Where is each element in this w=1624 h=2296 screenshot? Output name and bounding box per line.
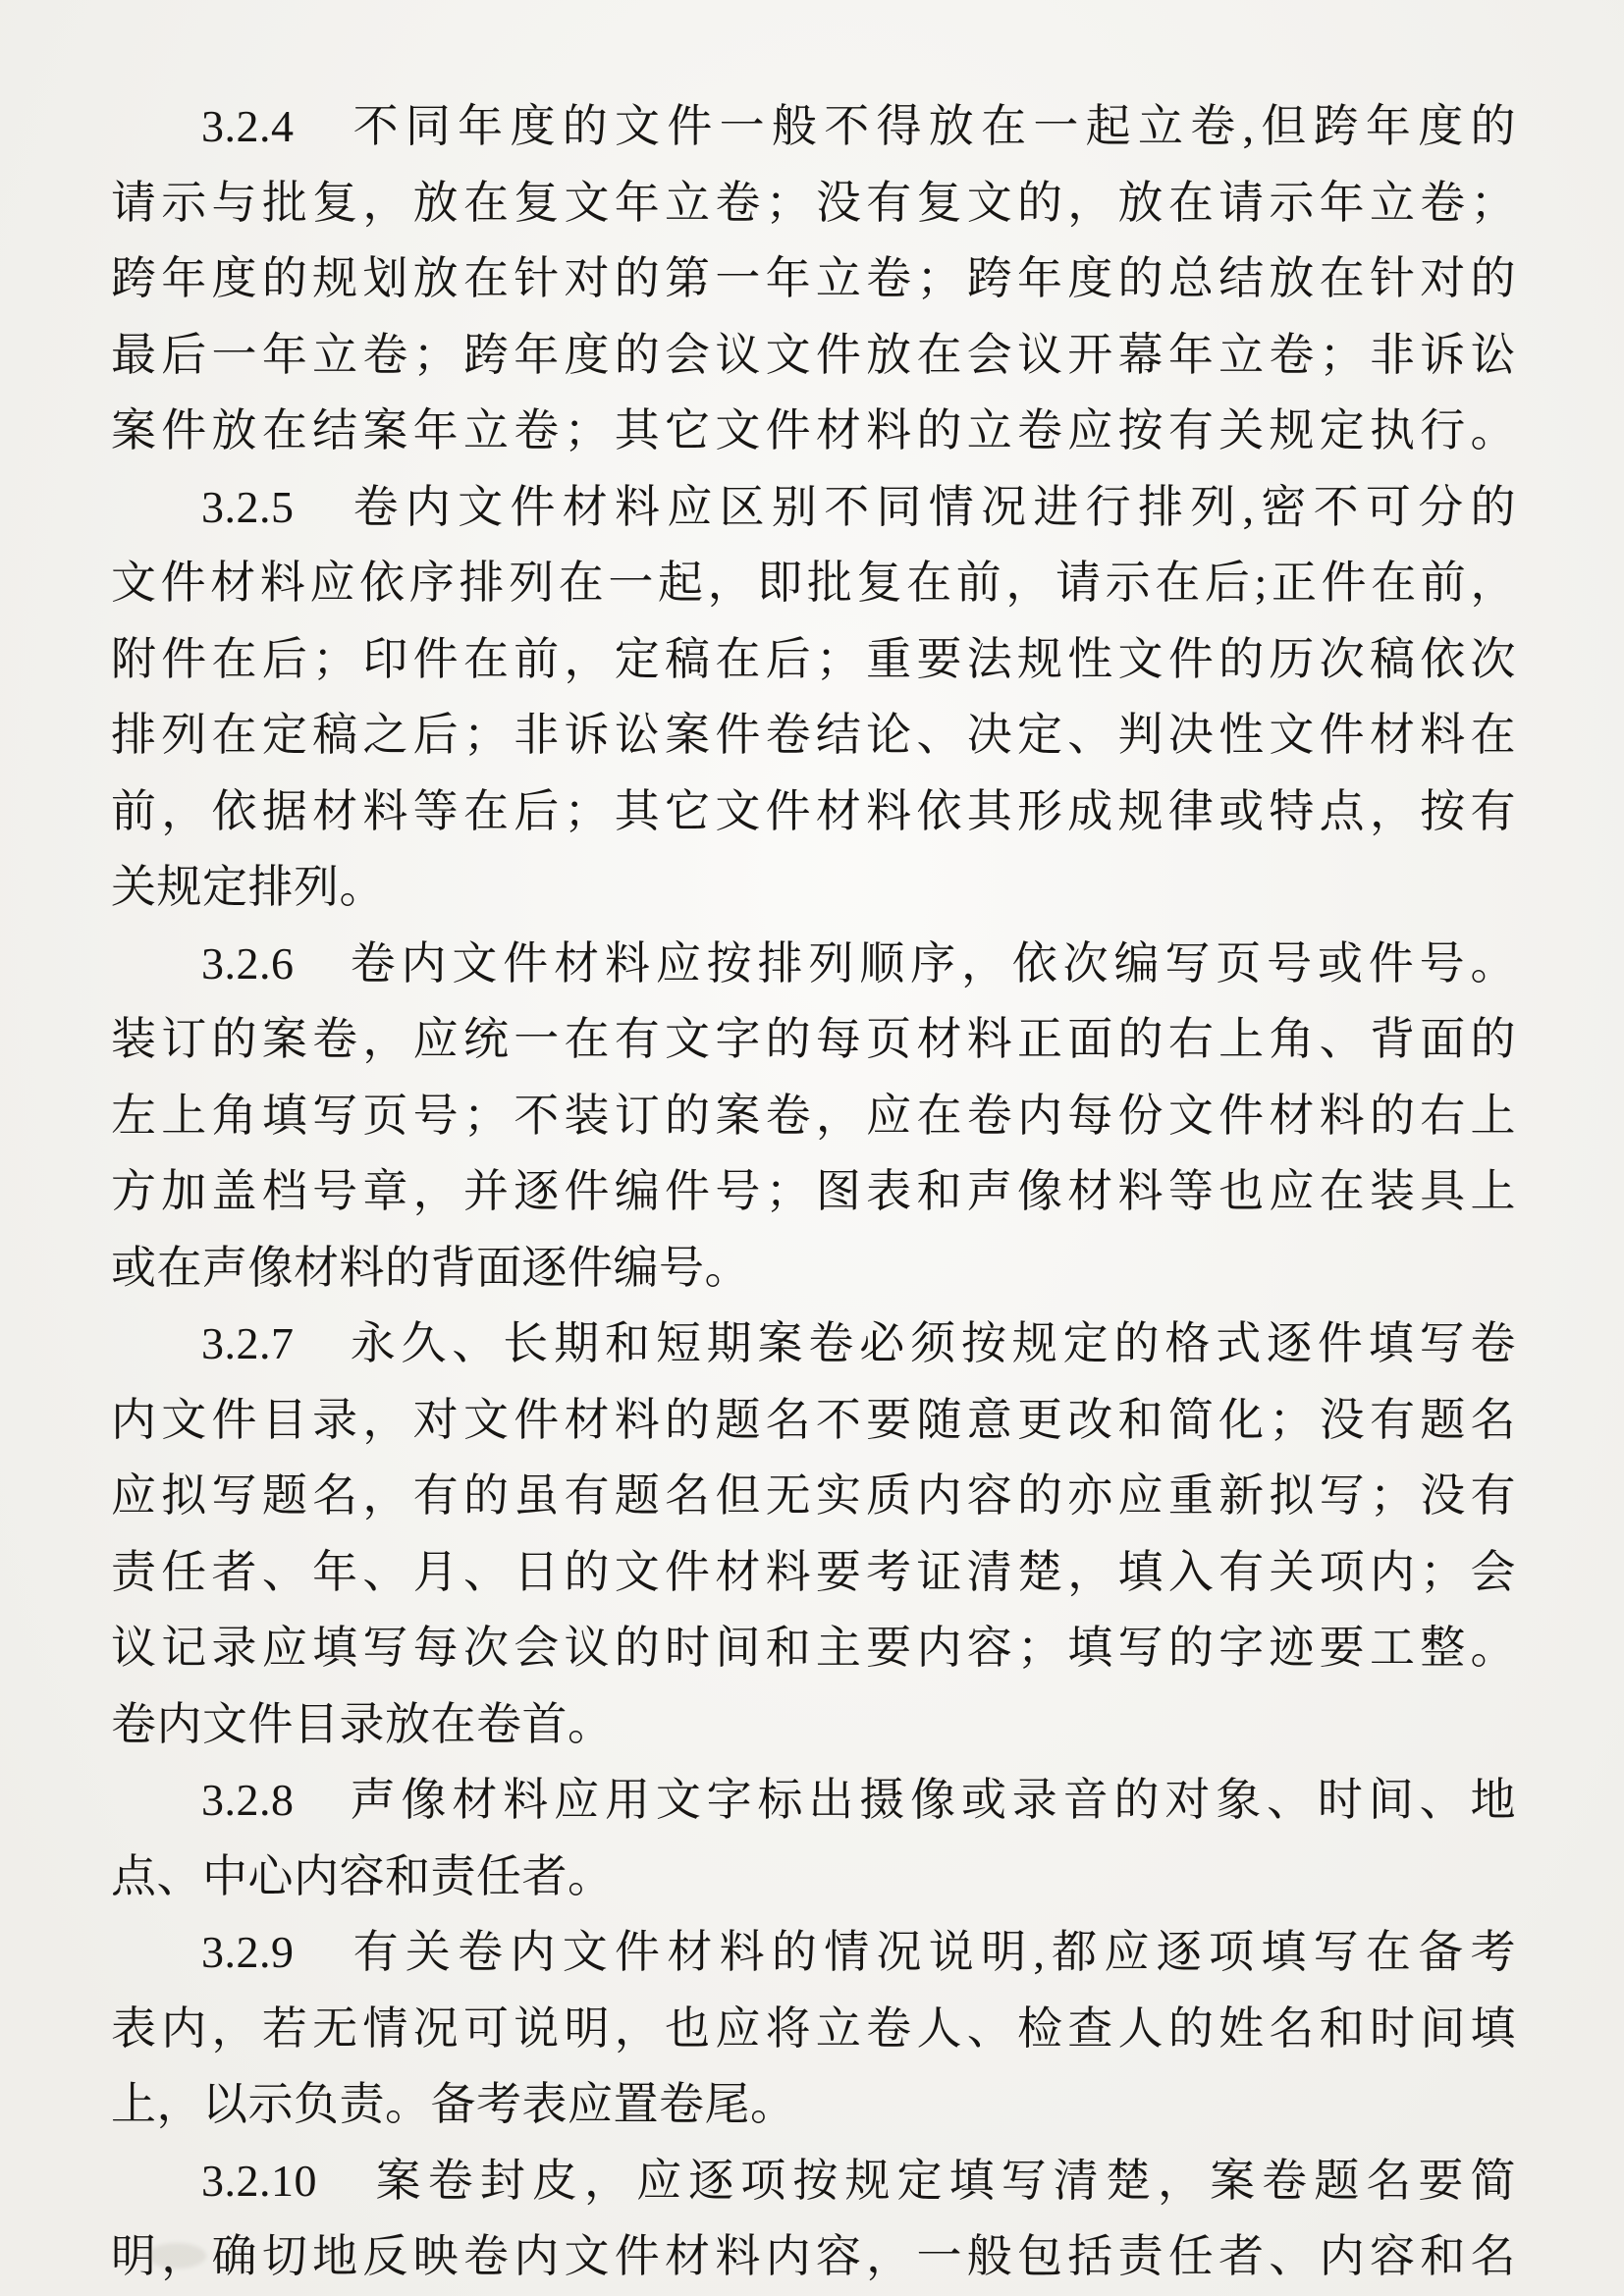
- text-line: 3.2.10 案卷封皮，应逐项按规定填写清楚，案卷题名要简: [111, 2143, 1516, 2219]
- text-line: 3.2.7 永久、长期和短期案卷必须按规定的格式逐件填写卷: [111, 1306, 1516, 1382]
- text-line: 内文件目录，对文件材料的题名不要随意更改和简化；没有题名: [111, 1382, 1516, 1459]
- text-line: 附件在后；印件在前，定稿在后；重要法规性文件的历次稿依次: [111, 621, 1516, 698]
- section-3-2-6: 3.2.6 卷内文件材料应按排列顺序，依次编写页号或件号。 装订的案卷，应统一在…: [111, 926, 1516, 1307]
- text-line: 3.2.4 不同年度的文件一般不得放在一起立卷,但跨年度的: [111, 88, 1516, 165]
- text-line: 3.2.5 卷内文件材料应区别不同情况进行排列,密不可分的: [111, 469, 1516, 546]
- text-line: 3.2.9 有关卷内文件材料的情况说明,都应逐项填写在备考: [111, 1914, 1516, 1991]
- text-line: 排列在定稿之后；非诉讼案件卷结论、决定、判决性文件材料在: [111, 697, 1516, 774]
- text-line: 点、中心内容和责任者。: [111, 1839, 1516, 1915]
- text-line: 请示与批复，放在复文年立卷；没有复文的，放在请示年立卷；: [111, 165, 1516, 241]
- text-line: 最后一年立卷；跨年度的会议文件放在会议开幕年立卷；非诉讼: [111, 317, 1516, 394]
- text-line: 卷内文件目录放在卷首。: [111, 1686, 1516, 1763]
- text-line: 3.2.8 声像材料应用文字标出摄像或录音的对象、时间、地: [111, 1762, 1516, 1839]
- text-line: 装订的案卷，应统一在有文字的每页材料正面的右上角、背面的: [111, 1001, 1516, 1078]
- text-line: 责任者、年、月、日的文件材料要考证清楚，填入有关项内；会: [111, 1534, 1516, 1611]
- section-3-2-7: 3.2.7 永久、长期和短期案卷必须按规定的格式逐件填写卷 内文件目录，对文件材…: [111, 1306, 1516, 1762]
- text-line: 上，以示负责。备考表应置卷尾。: [111, 2066, 1516, 2143]
- section-3-2-5: 3.2.5 卷内文件材料应区别不同情况进行排列,密不可分的 文件材料应依序排列在…: [111, 469, 1516, 926]
- section-3-2-4: 3.2.4 不同年度的文件一般不得放在一起立卷,但跨年度的 请示与批复，放在复文…: [111, 88, 1516, 469]
- document-page: 3.2.4 不同年度的文件一般不得放在一起立卷,但跨年度的 请示与批复，放在复文…: [0, 0, 1624, 2296]
- scan-smudge: [147, 2243, 206, 2269]
- text-line: 明，确切地反映卷内文件材料内容，一般包括责任者、内容和名: [111, 2218, 1516, 2295]
- text-line: 或在声像材料的背面逐件编号。: [111, 1230, 1516, 1307]
- text-line: 关规定排列。: [111, 849, 1516, 926]
- section-3-2-8: 3.2.8 声像材料应用文字标出摄像或录音的对象、时间、地 点、中心内容和责任者…: [111, 1762, 1516, 1914]
- text-line: 议记录应填写每次会议的时间和主要内容；填写的字迹要工整。: [111, 1610, 1516, 1686]
- text-line: 案件放在结案年立卷；其它文件材料的立卷应按有关规定执行。: [111, 393, 1516, 469]
- section-3-2-10: 3.2.10 案卷封皮，应逐项按规定填写清楚，案卷题名要简 明，确切地反映卷内文…: [111, 2143, 1516, 2295]
- text-line: 跨年度的规划放在针对的第一年立卷；跨年度的总结放在针对的: [111, 240, 1516, 317]
- text-line: 左上角填写页号；不装订的案卷，应在卷内每份文件材料的右上: [111, 1078, 1516, 1154]
- text-line: 应拟写题名，有的虽有题名但无实质内容的亦应重新拟写；没有: [111, 1458, 1516, 1534]
- text-line: 3.2.6 卷内文件材料应按排列顺序，依次编写页号或件号。: [111, 926, 1516, 1002]
- section-3-2-9: 3.2.9 有关卷内文件材料的情况说明,都应逐项填写在备考 表内，若无情况可说明…: [111, 1914, 1516, 2143]
- text-line: 文件材料应依序排列在一起，即批复在前，请示在后;正件在前，: [111, 545, 1516, 621]
- text-line: 前，依据材料等在后；其它文件材料依其形成规律或特点，按有: [111, 774, 1516, 850]
- text-line: 表内，若无情况可说明，也应将立卷人、检查人的姓名和时间填: [111, 1991, 1516, 2067]
- text-line: 方加盖档号章，并逐件编件号；图表和声像材料等也应在装具上: [111, 1153, 1516, 1230]
